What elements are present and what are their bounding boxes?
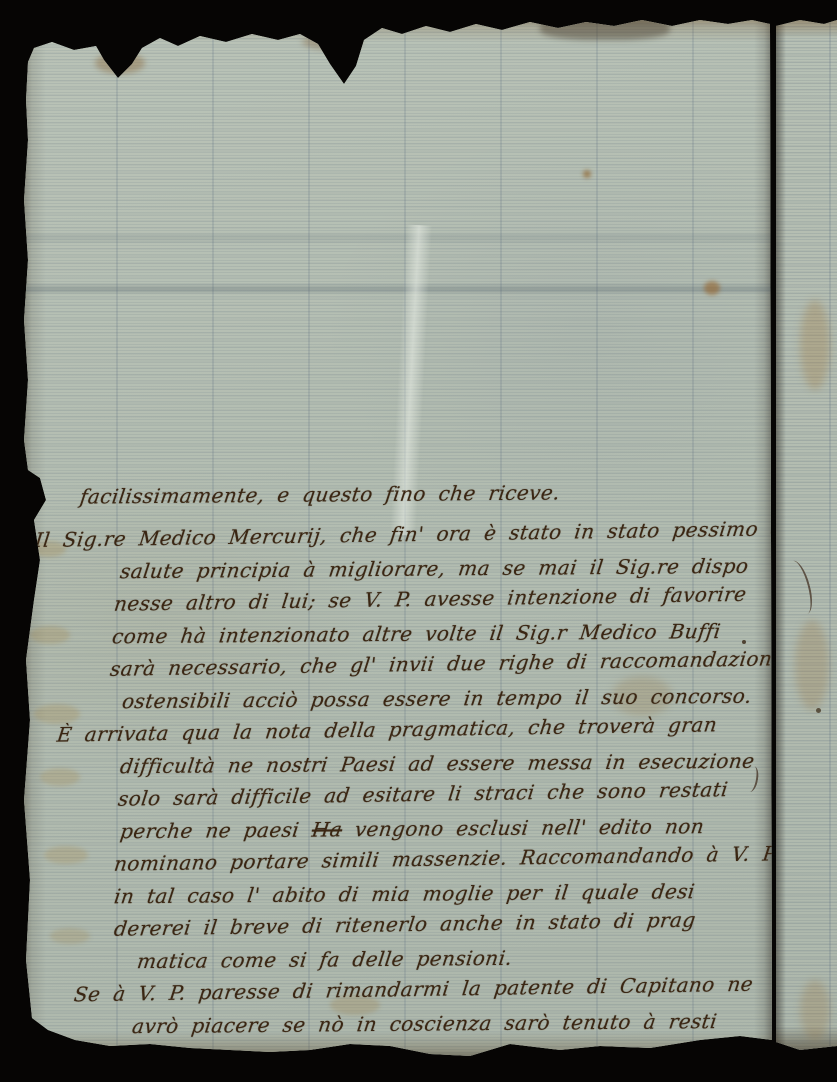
manuscript-line: Il Sig.re Medico Mercurij, che fin' ora … xyxy=(33,512,774,556)
ink-mark xyxy=(816,708,821,713)
ink-flourish-mark xyxy=(783,558,817,616)
fox-stain xyxy=(800,980,830,1040)
handwritten-text-block: facilissimamente, e questo fino che rice… xyxy=(33,481,768,1044)
manuscript-line: avrò piacere se nò in coscienza sarò ten… xyxy=(33,1005,773,1044)
fox-stain xyxy=(540,16,670,40)
fox-stain xyxy=(704,281,720,295)
fox-stain xyxy=(583,170,591,178)
facing-page-edge xyxy=(776,18,837,1050)
struck-word: Ha xyxy=(310,817,343,841)
manuscript-line-segment: vengono esclusi nell' edito non xyxy=(341,814,706,841)
letter-page: facilissimamente, e questo fino che rice… xyxy=(22,16,772,1062)
manuscript-line: facilissimamente, e questo fino che rice… xyxy=(33,475,773,514)
scanned-manuscript: facilissimamente, e questo fino che rice… xyxy=(0,0,837,1082)
manuscript-line-segment: perche ne paesi xyxy=(119,818,314,844)
fox-stain xyxy=(302,34,362,50)
fold-crease xyxy=(22,232,772,244)
fold-crease xyxy=(22,283,772,295)
fox-stain xyxy=(800,300,830,390)
fox-stain xyxy=(795,620,829,710)
fox-stain xyxy=(95,52,145,74)
